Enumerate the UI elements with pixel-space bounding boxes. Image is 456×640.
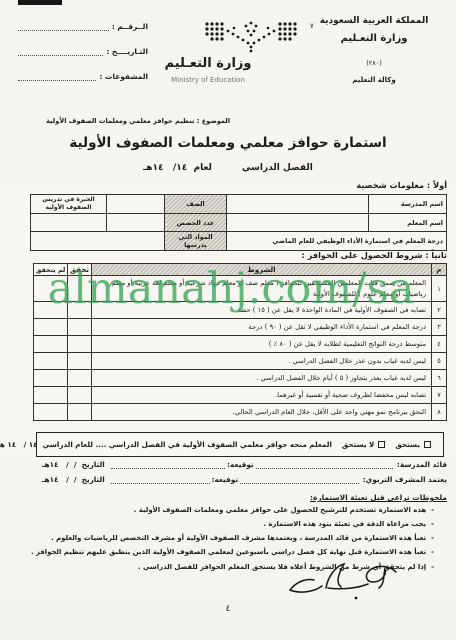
condition-met-cell[interactable] (68, 319, 92, 336)
attachments-label: المشفوعات : (99, 72, 148, 81)
signature-rows: قائد المدرسة:توقيعه:التاريخ / / ١٤هـيعتم… (42, 460, 447, 490)
section1-heading: أولاً : معلومات شخصية (356, 180, 447, 190)
not-eligible-checkbox[interactable] (378, 441, 385, 448)
date-field-row: التـاريــــخ : (18, 47, 148, 56)
condition-text: ليس لديه غياب بعذر يتجاوز ( ٥ ) أيام خلا… (92, 370, 432, 387)
country-name: المملكة العربية السعودية (298, 16, 450, 26)
note-dash: - (431, 520, 434, 529)
condition-met-cell[interactable] (68, 387, 92, 404)
condition-text: التحق ببرنامج نمو مهني واحد على الأقل، خ… (92, 404, 432, 421)
condition-number: ٥ (432, 353, 447, 370)
page-number: ٤ (0, 604, 456, 614)
condition-row: ٥ليس لديه غياب بدون عذر خلال الفصل الدرا… (34, 353, 447, 370)
condition-met-cell[interactable] (68, 370, 92, 387)
condition-met-cell[interactable] (68, 353, 92, 370)
periods-cell[interactable] (107, 214, 165, 232)
letterhead-right: ٧ المملكة العربية السعودية وزارة التعـلي… (298, 16, 450, 84)
signature-row: يعتمد المشرف التربوي:توقيعه:التاريخ / / … (42, 475, 447, 484)
ministry-logo-wordmark-en: Ministry of Education (160, 76, 256, 84)
performance-grade-label: درجة المعلم في استمارة الأداء الوظيفي لل… (227, 232, 447, 251)
handwritten-signature (282, 558, 404, 604)
attachments-fill-line[interactable] (18, 73, 96, 81)
condition-number: ٧ (432, 387, 447, 404)
number-label: الــرقــم : (112, 22, 148, 31)
signature-name-line[interactable] (256, 461, 393, 469)
letterhead-left-fields: الــرقــم : التـاريــــخ : المشفوعات : (18, 22, 148, 97)
semester-label: الفصل الدراسي (242, 163, 313, 173)
condition-text: نصابه ليس مخفضا لظروف صحية أو نفسية أو غ… (92, 387, 432, 404)
ministry-name: وزارة التعـليم (298, 33, 450, 44)
agency-name: وكالة التعليم (298, 76, 450, 84)
signature-role-label: يعتمد المشرف التربوي: (363, 475, 447, 484)
year-label: لعام ١٤/ ١٤هـ (143, 163, 212, 173)
form-code: (٢٨٠) (298, 59, 450, 67)
condition-text: درجة المعلم في استمارة الأداء الوظيفي لا… (92, 319, 432, 336)
condition-row: ٧نصابه ليس مخفضا لظروف صحية أو نفسية أو … (34, 387, 447, 404)
teacher-name-cell[interactable] (227, 214, 369, 232)
condition-number: ٣ (432, 319, 447, 336)
school-name-label: اسم المدرسة (369, 195, 447, 214)
experience-cell[interactable] (31, 214, 107, 232)
signature-row: قائد المدرسة:توقيعه:التاريخ / / ١٤هـ (42, 460, 447, 469)
col-num-header: م (432, 264, 447, 276)
condition-not-met-cell[interactable] (34, 353, 68, 370)
attachments-field-row: المشفوعات : (18, 72, 148, 81)
condition-number: ٦ (432, 370, 447, 387)
note-dash: - (431, 548, 434, 557)
teacher-name-label: اسم المعلم (369, 214, 447, 232)
condition-number: ٢ (432, 302, 447, 319)
eligible-label: يستحق (395, 440, 420, 449)
note-dash: - (431, 534, 434, 543)
watermark-text: almanahj.com/sa (38, 268, 424, 311)
condition-row: ٨التحق ببرنامج نمو مهني واحد على الأقل، … (34, 404, 447, 421)
condition-number: ١ (432, 276, 447, 302)
note-item: -تعبأ هذه الاستمارة قبل نهاية كل فصل درا… (16, 548, 434, 557)
number-fill-line[interactable] (18, 23, 109, 31)
date-label: التـاريــــخ : (106, 47, 148, 56)
section2-heading: ثانياً : شروط الحصول على الحوافز : (301, 250, 447, 260)
experience-label: الخبرة في تدريس الصفوف الأولية (31, 195, 107, 214)
signature-label: توقيعه: (227, 460, 254, 469)
class-label: الصف (165, 195, 227, 214)
note-item: -تعبأ هذه الاستمارة من قائد المدرسة ، وي… (16, 534, 434, 543)
table-row: اسم المدرسة الصف الخبرة في تدريس الصفوف … (31, 195, 447, 214)
condition-number: ٤ (432, 336, 447, 353)
number-field-row: الــرقــم : (18, 22, 148, 31)
signature-date-label: التاريخ / / ١٤هـ (42, 460, 105, 469)
note-text: يجب مراعاة الدقة في تعبئة بنود هذه الاست… (263, 520, 426, 529)
condition-row: ٦ليس لديه غياب بعذر يتجاوز ( ٥ ) أيام خل… (34, 370, 447, 387)
note-text: تعبأ هذه الاستمارة قبل نهاية كل فصل دراس… (31, 548, 426, 557)
note-item: -هذه الاستمارة تستخدم للترشيح للحصول على… (16, 506, 434, 515)
scanned-form-page: ٧ المملكة العربية السعودية وزارة التعـلي… (0, 0, 456, 640)
note-dash: - (431, 506, 434, 515)
signature-role-label: قائد المدرسة: (397, 460, 447, 469)
not-eligible-label: لا يستحق (342, 440, 374, 449)
signature-sign-line[interactable] (111, 476, 210, 484)
signature-name-line[interactable] (240, 476, 359, 484)
subtitle-line: الفصل الدراسي لعام ١٤/ ١٤هـ (0, 163, 456, 173)
ministry-logo-icon (203, 20, 299, 54)
condition-number: ٨ (432, 404, 447, 421)
condition-not-met-cell[interactable] (34, 336, 68, 353)
condition-not-met-cell[interactable] (34, 370, 68, 387)
condition-not-met-cell[interactable] (34, 319, 68, 336)
table-row: درجة المعلم في استمارة الأداء الوظيفي لل… (31, 232, 447, 251)
scan-artifact-mark (18, 0, 62, 5)
note-dash: - (431, 563, 434, 572)
ministry-logo-wordmark-ar: وزارة التعـليم (162, 56, 254, 71)
verdict-box: يستحق لا يستحق المعلم منحه حوافز معلمي ا… (36, 432, 444, 457)
condition-text: ليس لديه غياب بدون عذر خلال الفصل الدراس… (92, 353, 432, 370)
eligible-checkbox[interactable] (424, 441, 431, 448)
subjects-label: المواد التي يدرسها (165, 232, 227, 251)
note-text: تعبأ هذه الاستمارة من قائد المدرسة ، ويع… (51, 534, 426, 543)
condition-row: ٣درجة المعلم في استمارة الأداء الوظيفي ل… (34, 319, 447, 336)
condition-text: متوسط درجة النواتج التعليمية لطلابه لا ي… (92, 336, 432, 353)
condition-met-cell[interactable] (68, 336, 92, 353)
subjects-cell[interactable] (31, 232, 165, 251)
signature-date-label: التاريخ / / ١٤هـ (42, 475, 105, 484)
condition-row: ٤متوسط درجة النواتج التعليمية لطلابه لا … (34, 336, 447, 353)
note-text: هذه الاستمارة تستخدم للترشيح للحصول على … (134, 506, 426, 515)
periods-label: عدد الحصص (165, 214, 227, 232)
school-name-cell[interactable] (227, 195, 369, 214)
signature-sign-line[interactable] (111, 461, 225, 469)
condition-not-met-cell[interactable] (34, 404, 68, 421)
class-cell[interactable] (107, 195, 165, 214)
notes-heading: ملحوظات تراعى قبل تعبئة الاستمارة: (310, 493, 447, 502)
table-row: اسم المعلم عدد الحصص (31, 214, 447, 232)
subject-line: الموضوع : تنظيم حوافز معلمي ومعلمات الصف… (46, 117, 230, 125)
condition-met-cell[interactable] (68, 404, 92, 421)
signature-label: توقيعه: (212, 475, 239, 484)
verdict-statement: المعلم منحه حوافز معلمي الصفوف الأولية ف… (0, 440, 332, 449)
handwritten-check-mark: ٧ (310, 22, 314, 30)
personal-info-table: اسم المدرسة الصف الخبرة في تدريس الصفوف … (30, 194, 447, 251)
note-item: -يجب مراعاة الدقة في تعبئة بنود هذه الاس… (16, 520, 434, 529)
page-title: استمارة حوافز معلمي ومعلمات الصفوف الأول… (0, 135, 456, 151)
condition-not-met-cell[interactable] (34, 387, 68, 404)
date-fill-line[interactable] (18, 48, 103, 56)
